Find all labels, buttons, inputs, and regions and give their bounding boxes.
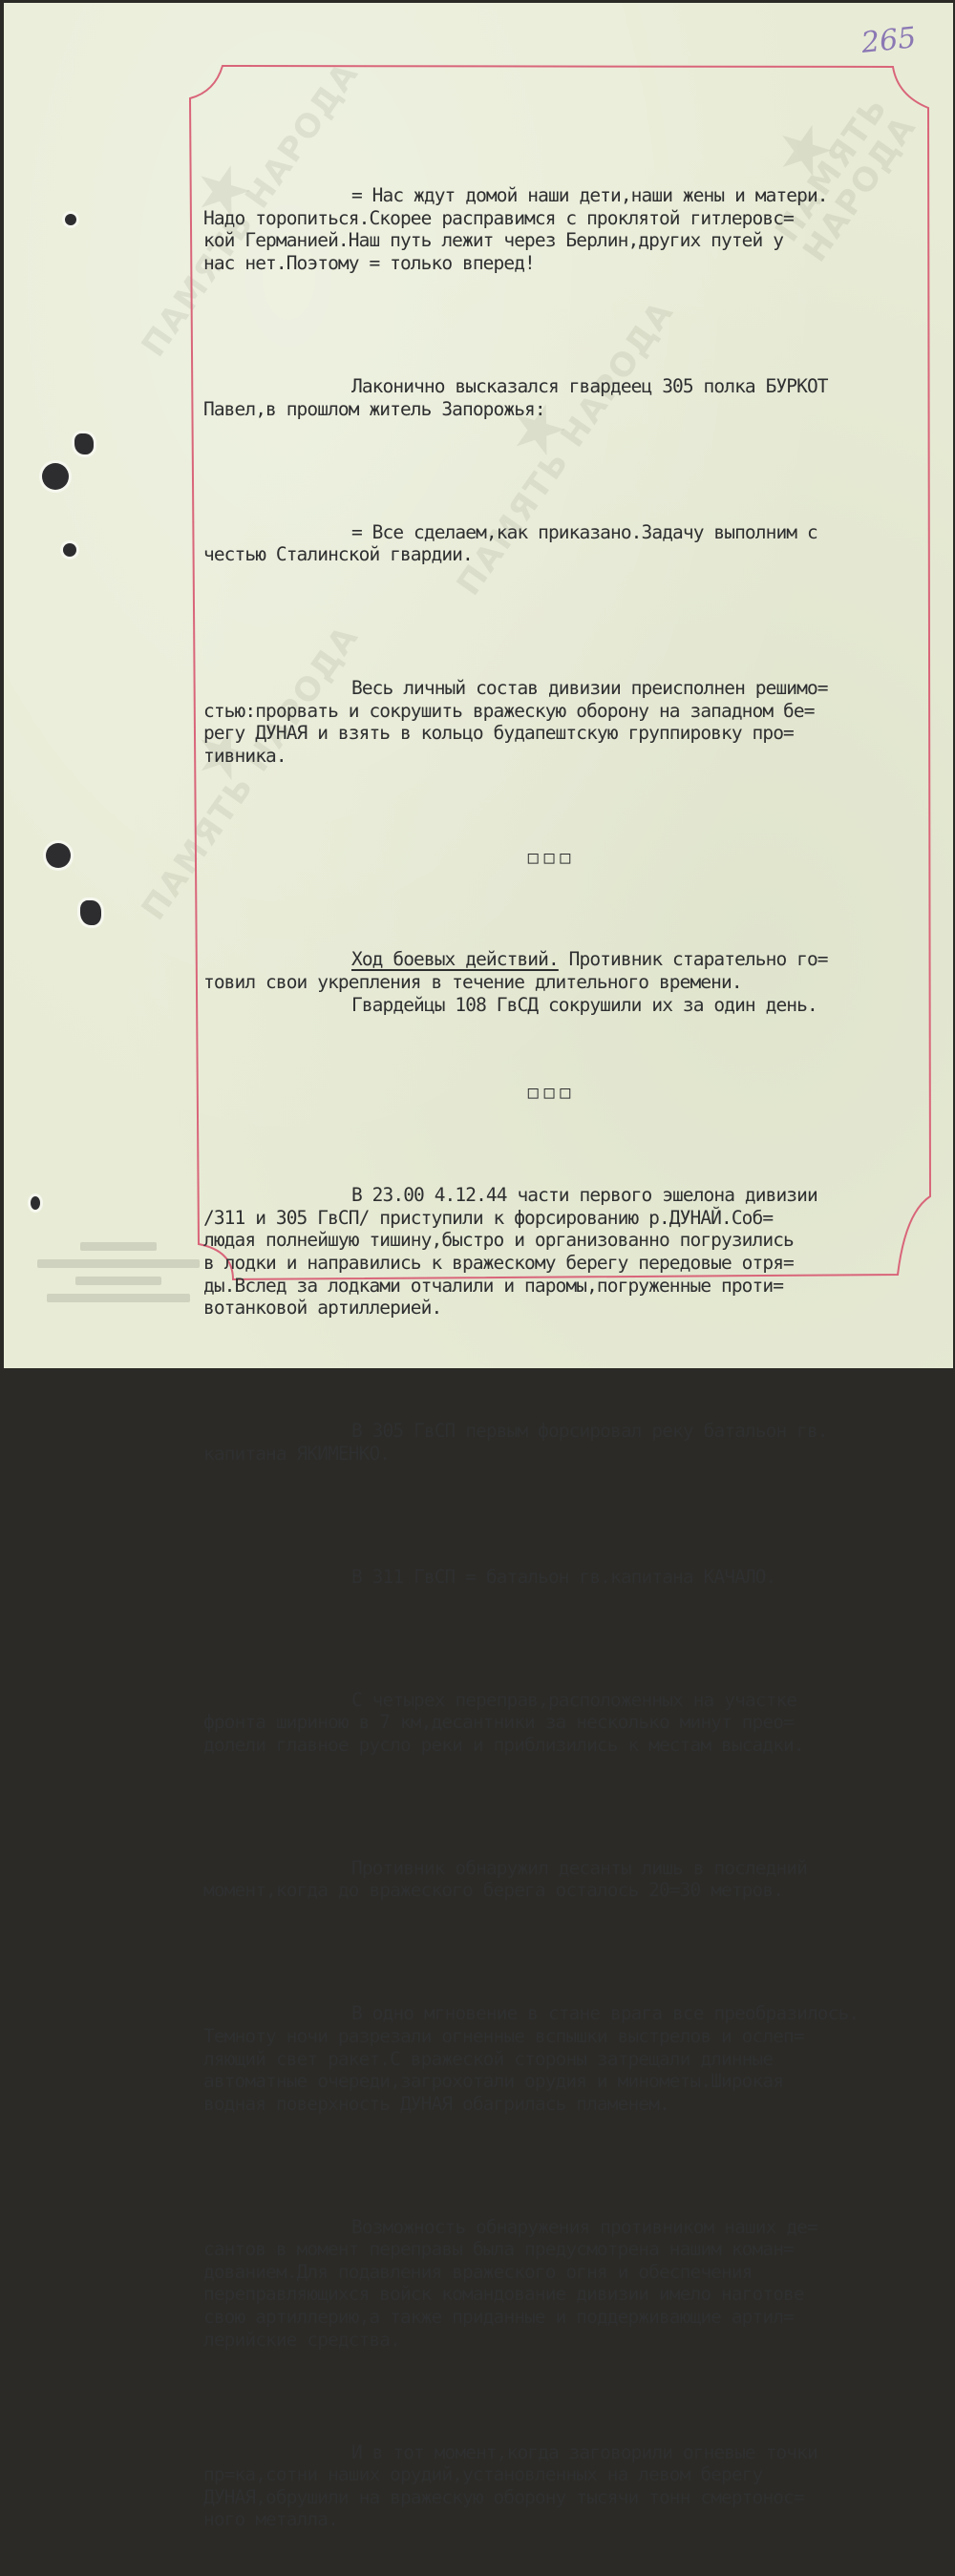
punch-hole	[31, 1196, 40, 1210]
page-number: 265	[859, 21, 918, 60]
punch-hole	[65, 214, 76, 225]
document-body: = Нас ждут домой наши дети,наши жены и м…	[203, 139, 929, 1370]
section-heading: Ход боевых действий.	[351, 948, 559, 970]
paragraph-quote-1: = Нас ждут домой наши дети,наши жены и м…	[203, 139, 929, 320]
section-separator: □□□	[175, 847, 929, 870]
punch-hole	[63, 543, 76, 557]
punch-hole	[46, 843, 71, 868]
punch-hole	[80, 900, 101, 925]
paragraph-combat-course: Ход боевых действий. Противник старатель…	[203, 903, 929, 1061]
paragraph-burkot-intro: Лаконично высказался гвардеец 305 полка …	[203, 330, 929, 466]
punch-hole	[42, 463, 69, 490]
archive-stamp	[32, 1242, 204, 1311]
paragraph-division-resolve: Весь личный состав дивизии преисполнен р…	[203, 632, 929, 813]
paragraph-crossing-start: В 23.00 4.12.44 части первого эшелона ди…	[203, 1139, 929, 1364]
paragraph-quote-2: = Все сделаем,как приказано.Задачу выпол…	[203, 475, 929, 611]
punch-hole	[74, 433, 94, 454]
section-separator: □□□	[175, 1082, 929, 1105]
